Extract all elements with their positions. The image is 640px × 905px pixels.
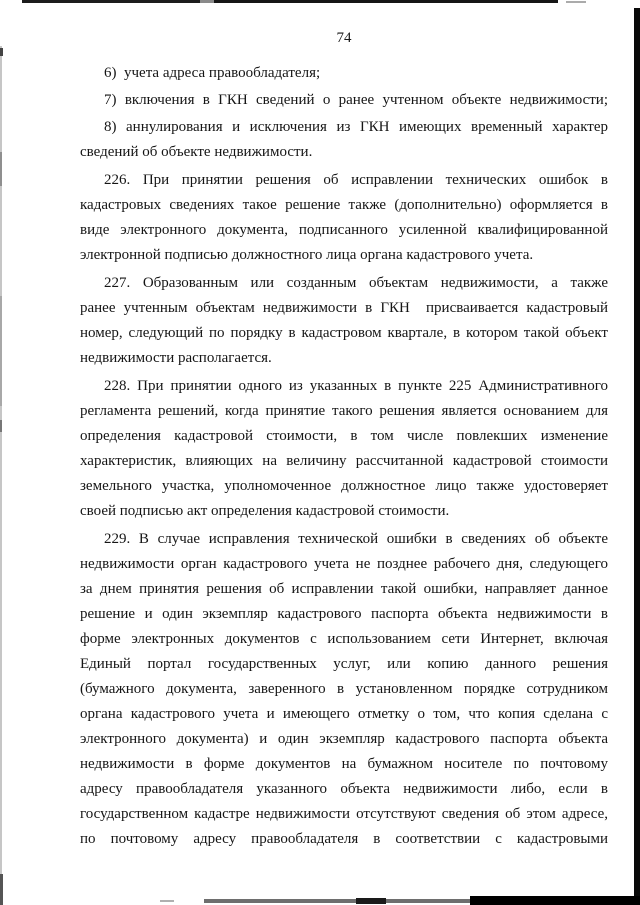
scan-speck [0, 48, 3, 56]
list-item-8: 8) аннулирования и исключения из ГКН име… [80, 115, 608, 165]
text-line: электронного документа) и один экземпляр… [80, 727, 608, 752]
text-line: номер, следующий по порядку в кадастрово… [80, 321, 608, 346]
text-line: характеристик, влияющих на величину расс… [80, 449, 608, 474]
scanned-document-page: 74 6) учета адреса правообладателя; 7) в… [0, 0, 640, 905]
text-line: недвижимости орган кадастрового учета не… [80, 552, 608, 577]
text-line: 7) включения в ГКН сведений о ранее учте… [80, 88, 608, 113]
text-line: земельного участка, уполномоченное должн… [80, 474, 608, 499]
paragraph-227: 227. Образованным или созданным объектам… [80, 271, 608, 371]
scan-edge-top [566, 1, 586, 3]
scan-edge-bottom [356, 898, 386, 904]
list-item-6: 6) учета адреса правообладателя; [80, 61, 608, 86]
scan-edge-top [22, 0, 200, 3]
scan-speck [0, 296, 2, 406]
scan-edge-top [214, 0, 558, 3]
paragraph-229: 229. В случае исправления технической ош… [80, 527, 608, 852]
text-line: определения кадастровой стоимости, в том… [80, 424, 608, 449]
list-item-7: 7) включения в ГКН сведений о ранее учте… [80, 88, 608, 113]
scan-speck [0, 874, 3, 905]
scan-edge-top [200, 0, 214, 3]
text-line: 228. При принятии одного из указанных в … [80, 374, 608, 399]
text-line: решение и один экземпляр кадастрового па… [80, 602, 608, 627]
scan-edge-bottom [470, 896, 640, 905]
text-line: по почтовому адресу правообладателя в со… [80, 827, 608, 852]
text-line: виде электронного документа, подписанног… [80, 218, 608, 243]
scan-speck [0, 152, 2, 186]
text-line: 229. В случае исправления технической ош… [80, 527, 608, 552]
text-line: за днем принятия решения об исправлении … [80, 577, 608, 602]
scan-edge-bottom [160, 900, 174, 902]
text-line: ранее учтенным объектам недвижимости в Г… [80, 296, 608, 321]
scan-speck [0, 420, 2, 432]
document-body: 6) учета адреса правообладателя; 7) вклю… [80, 61, 608, 852]
scan-edge-bottom [204, 899, 640, 903]
text-line: форме электронных документов с использов… [80, 627, 608, 652]
text-line: своей подписью акт определения кадастров… [80, 499, 608, 524]
text-line: недвижимости в форме документов на бумаж… [80, 752, 608, 777]
text-line: 226. При принятии решения об исправлении… [80, 168, 608, 193]
text-line: регламента решений, когда принятие таког… [80, 399, 608, 424]
scan-edge-right [634, 8, 640, 905]
text-line: Единый портал государственных услуг, или… [80, 652, 608, 677]
text-line: недвижимости располагается. [80, 346, 608, 371]
text-line: 227. Образованным или созданным объектам… [80, 271, 608, 296]
paragraph-228: 228. При принятии одного из указанных в … [80, 374, 608, 524]
paragraph-226: 226. При принятии решения об исправлении… [80, 168, 608, 268]
text-line: государственном кадастре недвижимости от… [80, 802, 608, 827]
text-line: 6) учета адреса правообладателя; [80, 61, 608, 86]
text-line: 8) аннулирования и исключения из ГКН име… [80, 115, 608, 140]
text-line: адресу правообладателя указанного объект… [80, 777, 608, 802]
text-line: сведений об объекте недвижимости. [80, 140, 608, 165]
text-line: органа кадастрового учета и имеющего отм… [80, 702, 608, 727]
text-line: (бумажного документа, заверенного в уста… [80, 677, 608, 702]
scan-edge-left [0, 46, 2, 905]
text-line: кадастровых сведениях такое решение такж… [80, 193, 608, 218]
text-line: электронной подписью должностного лица о… [80, 243, 608, 268]
page-number: 74 [80, 30, 608, 47]
